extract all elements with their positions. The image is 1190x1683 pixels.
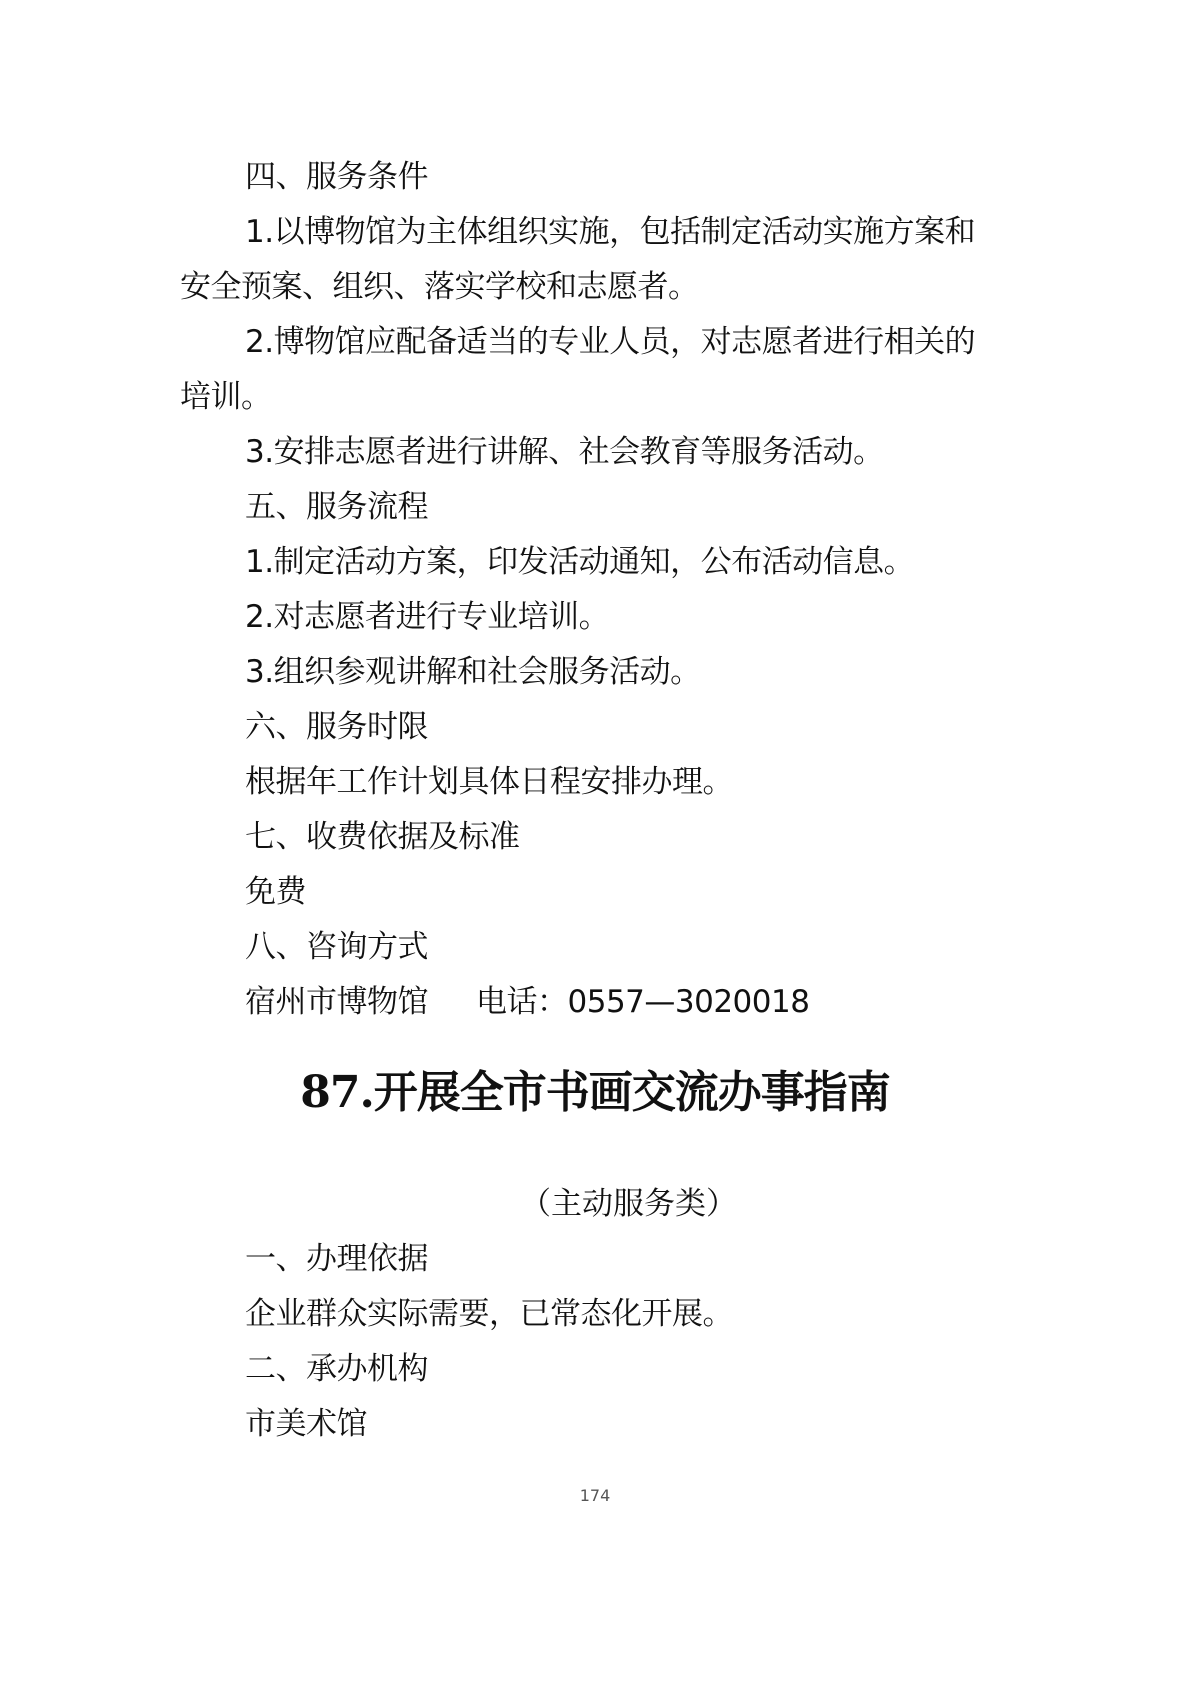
paragraph: 市美术馆	[245, 1404, 367, 1444]
section-heading: 七、收费依据及标准	[245, 817, 520, 857]
paragraph: 1.以博物馆为主体组织实施，包括制定活动实施方案和	[245, 212, 975, 252]
paragraph: 免费	[245, 872, 306, 912]
contact-phone: 电话：0557—3020018	[476, 984, 809, 1020]
paragraph: 安全预案、组织、落实学校和志愿者。	[180, 267, 699, 307]
paragraph: 培训。	[180, 377, 272, 417]
paragraph: 3.组织参观讲解和社会服务活动。	[245, 652, 701, 692]
paragraph: 1.制定活动方案，印发活动通知，公布活动信息。	[245, 542, 914, 582]
section-heading: 六、服务时限	[245, 707, 428, 747]
section-heading: 四、服务条件	[245, 157, 428, 197]
section-heading: 五、服务流程	[245, 487, 428, 527]
paragraph: 3.安排志愿者进行讲解、社会教育等服务活动。	[245, 432, 884, 472]
paragraph: 根据年工作计划具体日程安排办理。	[245, 762, 733, 802]
guide-category: （主动服务类）	[520, 1184, 737, 1224]
section-heading: 八、咨询方式	[245, 927, 428, 967]
page-number: 174	[0, 1486, 1190, 1505]
paragraph: 2.博物馆应配备适当的专业人员，对志愿者进行相关的	[245, 322, 975, 362]
contact-org: 宿州市博物馆	[245, 984, 428, 1020]
paragraph: 2.对志愿者进行专业培训。	[245, 597, 609, 637]
guide-title: 87.开展全市书画交流办事指南	[0, 1065, 1190, 1121]
paragraph: 企业群众实际需要，已常态化开展。	[245, 1294, 733, 1334]
section-heading: 一、办理依据	[245, 1239, 428, 1279]
section-heading: 二、承办机构	[245, 1349, 428, 1389]
contact-line: 宿州市博物馆电话：0557—3020018	[245, 982, 809, 1022]
